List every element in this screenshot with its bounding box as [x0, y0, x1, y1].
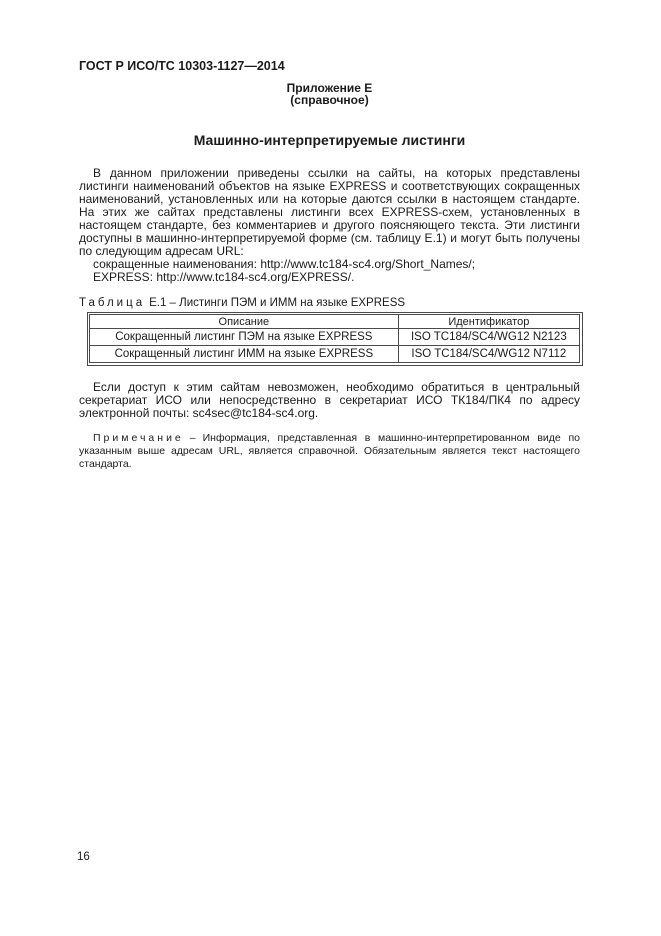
cell-identifier: ISO TC184/SC4/WG12 N7112	[398, 346, 579, 363]
table-caption-text: Е.1 – Листинги ПЭМ и ИММ на языке EXPRES…	[149, 297, 405, 309]
paragraph-intro: В данном приложении приведены ссылки на …	[79, 167, 580, 258]
table-row: Сокращенный листинг ИММ на языке EXPRESS…	[90, 346, 580, 363]
table-e1: Описание Идентификатор Сокращенный листи…	[89, 314, 580, 363]
annex-type: (справочное)	[79, 94, 580, 106]
column-header-identifier: Идентификатор	[398, 315, 579, 329]
note-dash: –	[190, 432, 196, 444]
table-caption-label: Таблица	[79, 297, 145, 309]
table-e1-frame: Описание Идентификатор Сокращенный листи…	[87, 312, 583, 366]
paragraph-contact: Если доступ к этим сайтам невозможен, не…	[79, 381, 580, 420]
table-header-row: Описание Идентификатор	[90, 315, 580, 329]
annex-title: Машинно-интерпретируемые листинги	[79, 133, 580, 148]
table-row: Сокращенный листинг ПЭМ на языке EXPRESS…	[90, 329, 580, 346]
express-url-line: EXPRESS: http://www.tc184-sc4.org/EXPRES…	[79, 271, 580, 284]
note: Примечание–Информация, представленная в …	[79, 432, 580, 471]
document-header: ГОСТ Р ИСО/ТС 10303-1127—2014	[79, 60, 580, 73]
cell-description: Сокращенный листинг ПЭМ на языке EXPRESS	[90, 329, 399, 346]
cell-identifier: ISO TC184/SC4/WG12 N2123	[398, 329, 579, 346]
note-label: Примечание	[93, 432, 184, 444]
page-number: 16	[77, 851, 90, 863]
table-caption: ТаблицаЕ.1 – Листинги ПЭМ и ИММ на языке…	[79, 297, 580, 309]
cell-description: Сокращенный листинг ИММ на языке EXPRESS	[90, 346, 399, 363]
document-page: ГОСТ Р ИСО/ТС 10303-1127—2014 Приложение…	[0, 0, 661, 936]
column-header-description: Описание	[90, 315, 399, 329]
